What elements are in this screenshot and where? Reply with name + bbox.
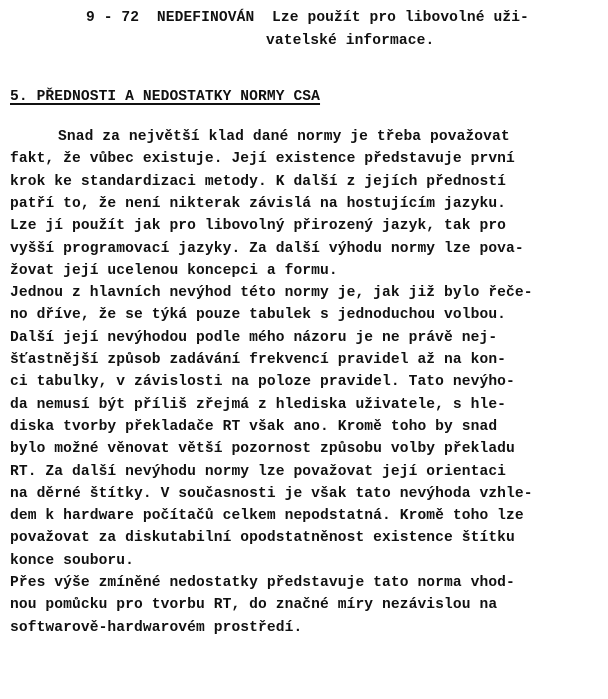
body-line: nou pomůcku pro tvorbu RT, do značné mír… [10,596,497,614]
header-term: NEDEFINOVÁN [157,10,254,26]
header-description-2: vatelské informace. [266,32,434,50]
body-line: RT. Za další nevýhodu normy lze považova… [10,463,506,481]
header-code: 9 - 72 [86,10,139,26]
section-title: 5. PŘEDNOSTI A NEDOSTATKY NORMY CSA [10,88,320,106]
body-line: diska tvorby překladače RT však ano. Kro… [10,418,497,436]
header-entry-line-1: 9 - 72 NEDEFINOVÁN Lze použít pro libovo… [86,9,529,27]
body-line: šťastnější způsob zadávání frekvencí pra… [10,351,506,369]
body-line: na děrné štítky. V současnosti je však t… [10,485,533,503]
body-line: krok ke standardizaci metody. K další z … [10,173,506,191]
body-line: Snad za největší klad dané normy je třeb… [58,128,510,146]
body-line: fakt, že vůbec existuje. Její existence … [10,150,515,168]
body-line: patří to, že není nikterak závislá na ho… [10,195,506,213]
document-page: 9 - 72 NEDEFINOVÁN Lze použít pro libovo… [0,0,608,699]
body-line: Přes výše zmíněné nedostatky představuje… [10,574,515,592]
body-line: konce souboru. [10,552,134,570]
body-line: dem k hardware počítačů celkem nepodstat… [10,507,524,525]
body-line: da nemusí být příliš zřejmá z hlediska u… [10,396,506,414]
body-line: softwarově-hardwarovém prostředí. [10,619,302,637]
body-line: považovat za diskutabilní opodstatněnost… [10,529,515,547]
body-line: no dříve, že se týká pouze tabulek s jed… [10,306,506,324]
body-line: Lze jí použít jak pro libovolný přirozen… [10,217,506,235]
body-line: bylo možné věnovat větší pozornost způso… [10,440,515,458]
body-line: ci tabulky, v závislosti na poloze pravi… [10,373,515,391]
body-line: vyšší programovací jazyky. Za další výho… [10,240,524,258]
header-description-1: Lze použít pro libovolné uži- [272,10,529,26]
body-line: Jednou z hlavních nevýhod této normy je,… [10,284,533,302]
body-line: žovat její ucelenou koncepci a formu. [10,262,338,280]
body-line: Další její nevýhodou podle mého názoru j… [10,329,497,347]
